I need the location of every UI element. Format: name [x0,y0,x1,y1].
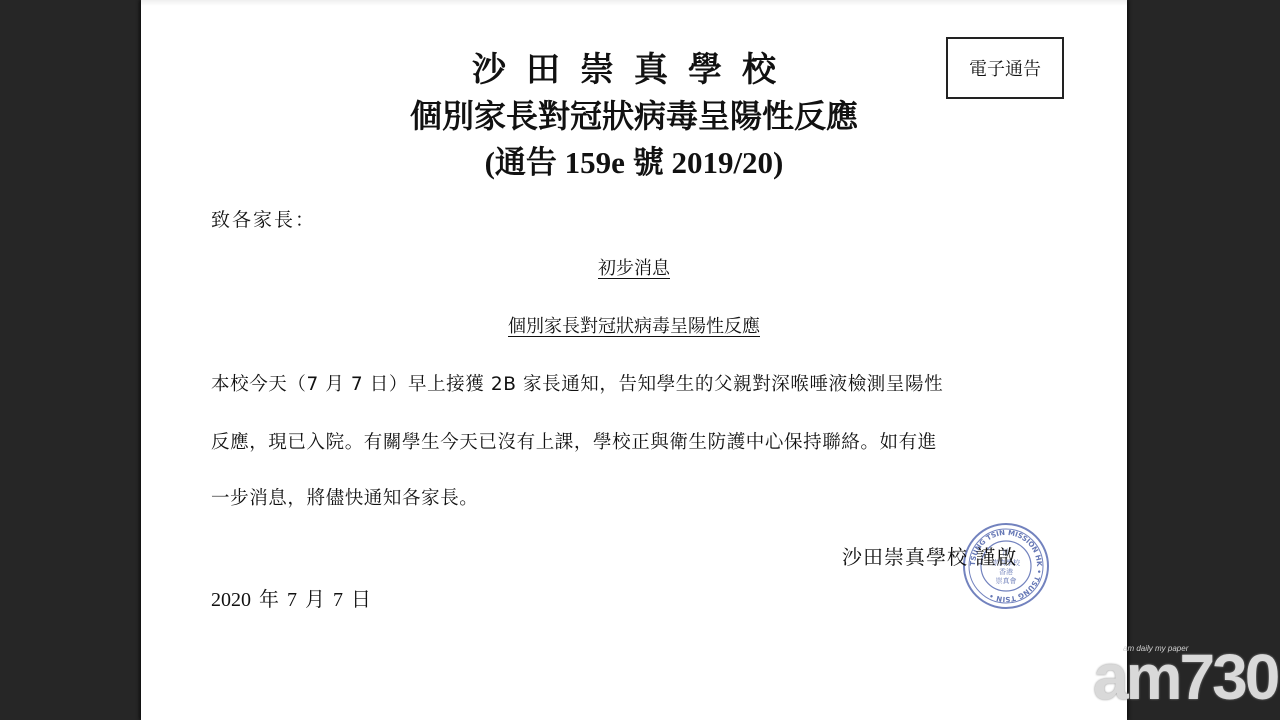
subheading-preliminary: 初步消息 [141,254,1127,280]
am730-logo: am730 [1093,642,1277,712]
document-page: 沙田崇真學校 個別家長對冠狀病毒呈陽性反應 (通告 159e 號 2019/20… [141,0,1127,720]
page-top-edge [141,0,1127,6]
subheading-preliminary-text: 初步消息 [598,258,670,279]
subheading-topic-text: 個別家長對冠狀病毒呈陽性反應 [508,316,760,337]
body-line-2: 反應，現已入院。有關學生今天已沒有上課，學校正與衛生防護中心保持聯絡。如有進 [211,428,937,454]
am730-watermark: am daily my paper am730 [1093,630,1268,710]
svg-text:崇真會: 崇真會 [996,576,1017,585]
notice-date: 2020 年 7 月 7 日 [211,583,371,612]
body-line-1: 本校今天（7 月 7 日）早上接獲 2B 家長通知，告知學生的父親對深喉唾液檢測… [211,370,943,396]
signature: 沙田崇真學校 謹啟 [842,541,1017,570]
notice-number: (通告 159e 號 2019/20) [141,143,1127,183]
notice-title: 個別家長對冠狀病毒呈陽性反應 [141,96,1127,136]
e-notice-badge: 電子通告 [946,37,1064,99]
subheading-topic: 個別家長對冠狀病毒呈陽性反應 [141,312,1127,338]
salutation: 致各家長： [211,205,316,232]
body-line-3: 一步消息，將儘快通知各家長。 [211,484,478,510]
